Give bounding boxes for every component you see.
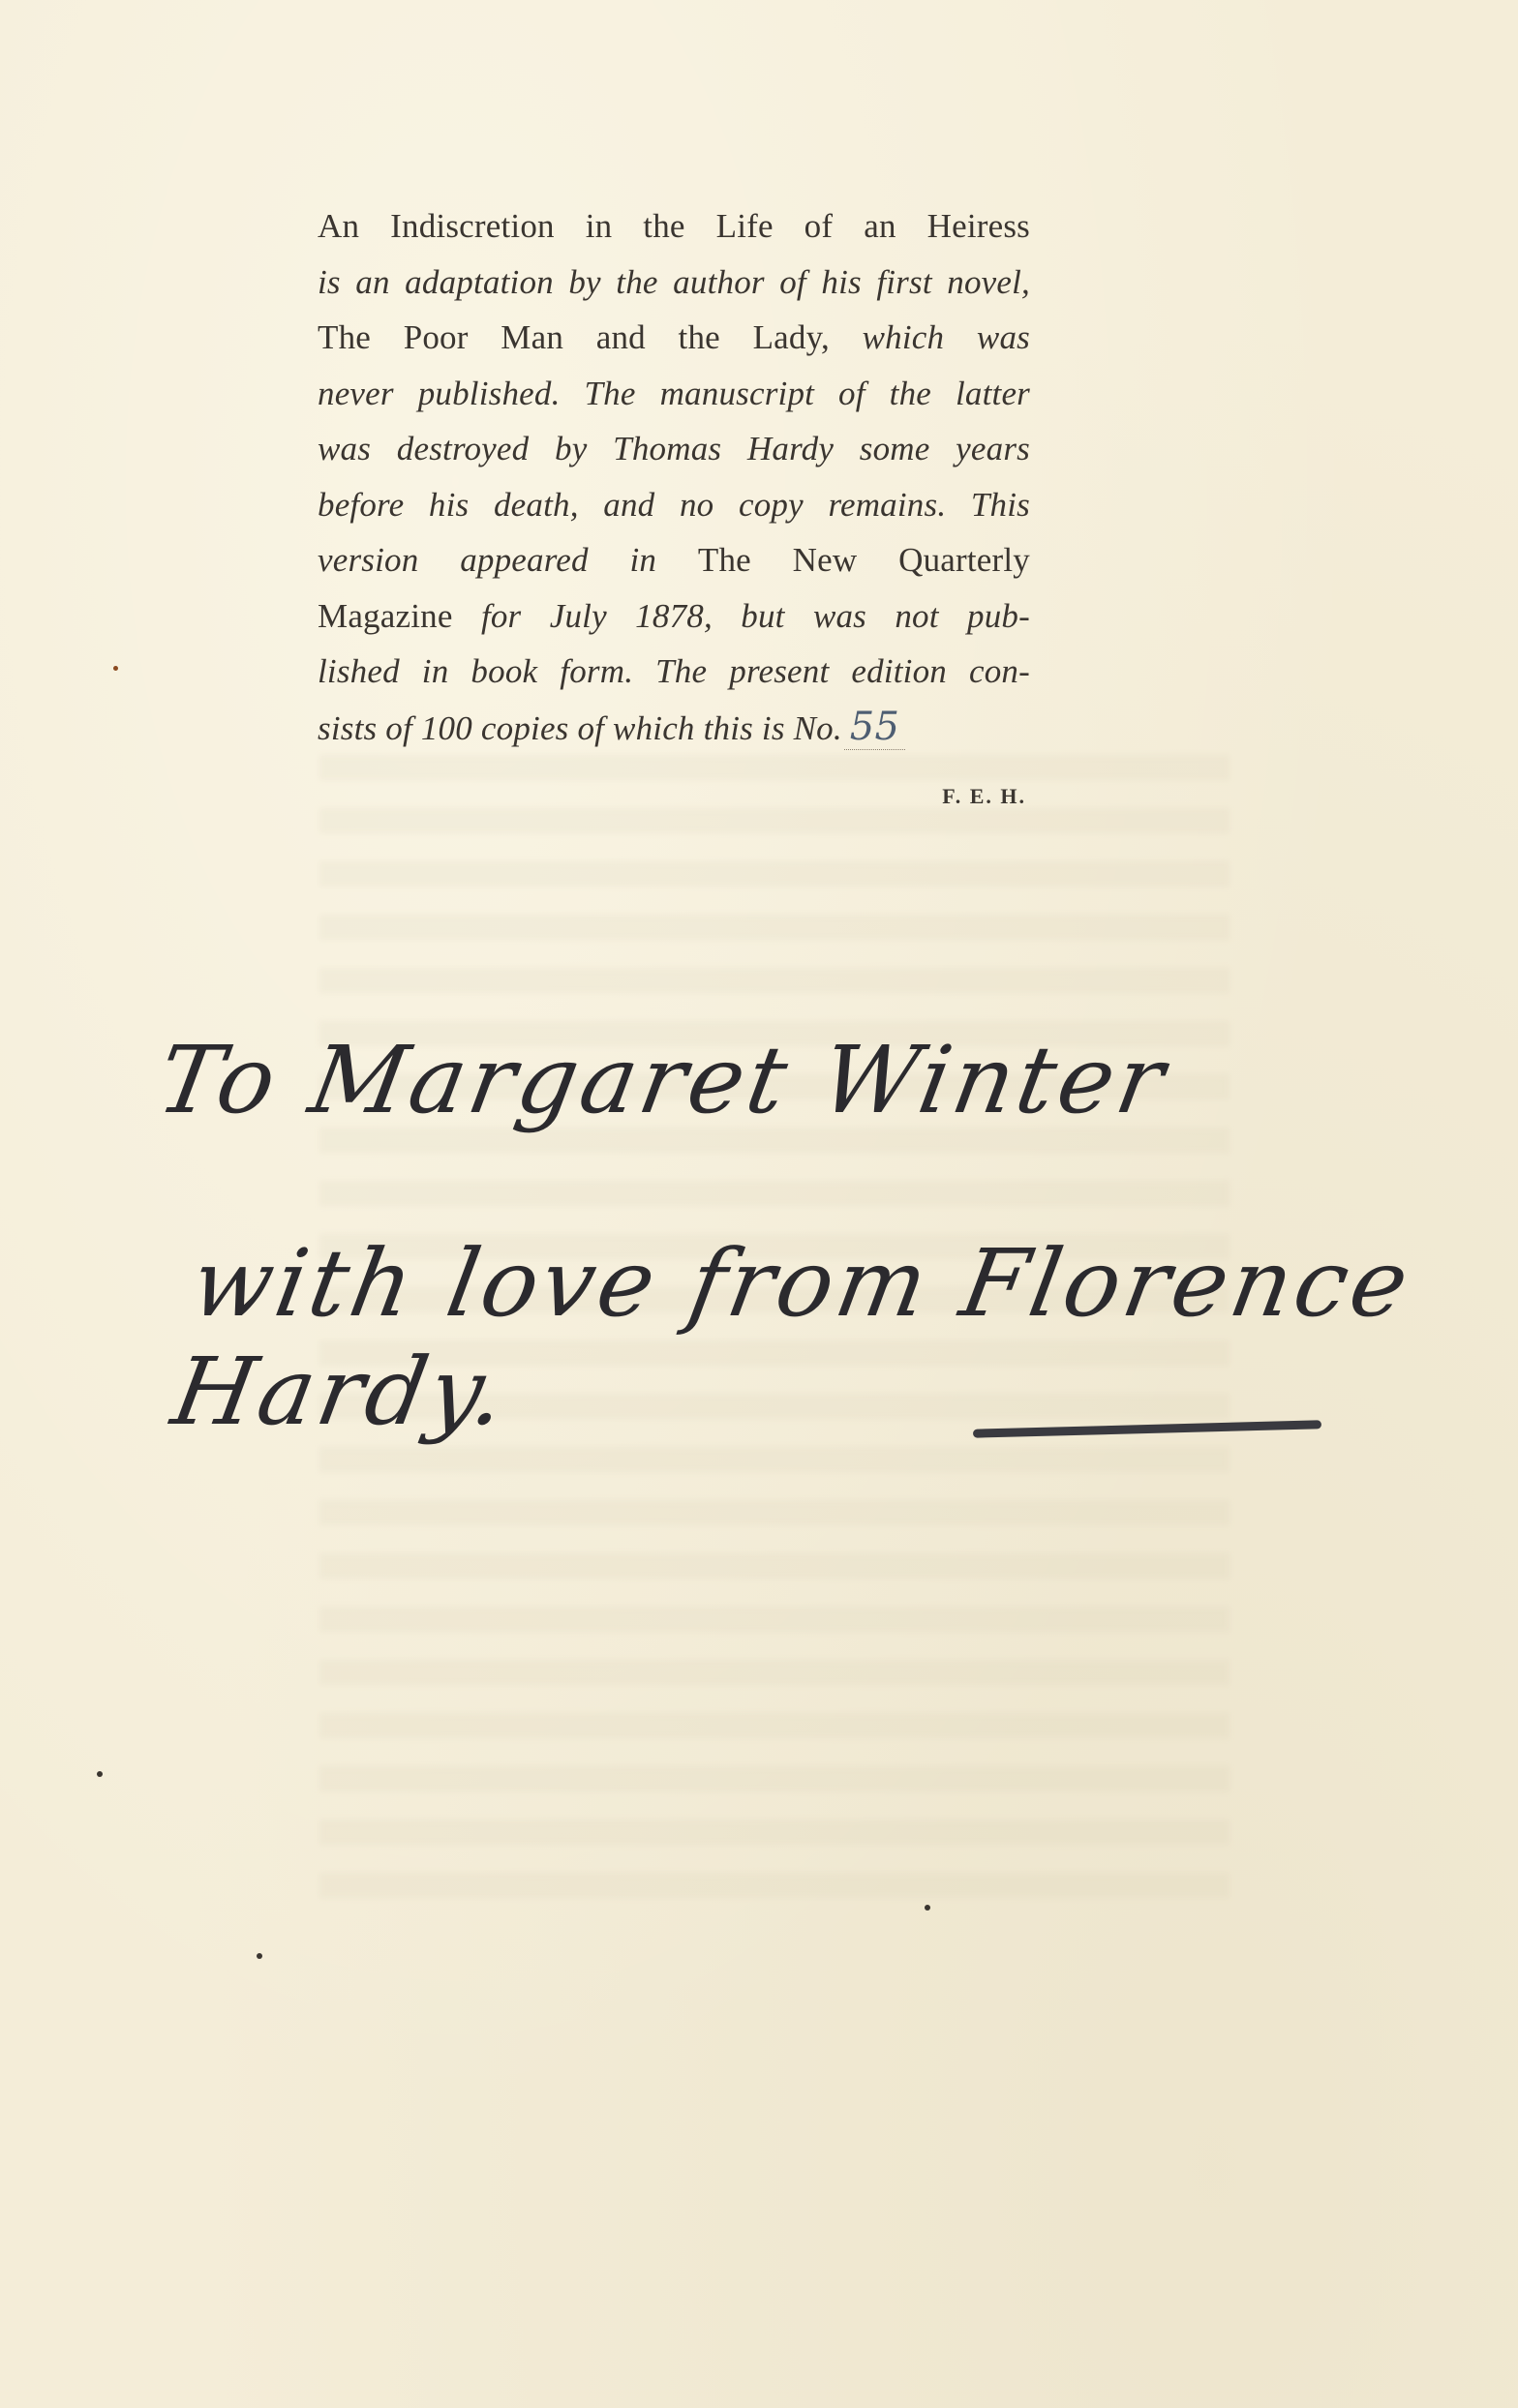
italic-text: lished in book form. The present edition… — [318, 652, 1030, 690]
note-line: never published. The manuscript of the l… — [318, 366, 1030, 422]
italic-text: is an adaptation by the author of his fi… — [318, 263, 1030, 301]
inscription-line-1: To Margaret Winter — [150, 1026, 1175, 1134]
italic-text: before his death, and no copy remains. T… — [318, 486, 1030, 524]
note-line: before his death, and no copy remains. T… — [318, 477, 1030, 533]
inscription-line-2: with love from Florence Hardy. — [165, 1229, 1518, 1446]
note-line: was destroyed by Thomas Hardy some years — [318, 421, 1030, 477]
italic-text: which was — [863, 318, 1030, 356]
italic-text: sists of 100 copies of which this is No. — [318, 709, 842, 747]
note-line: The Poor Man and the Lady, which was — [318, 310, 1030, 366]
foxing-speck — [113, 666, 118, 671]
foxing-speck — [97, 1771, 103, 1777]
note-line: version appeared in The New Quarterly — [318, 532, 1030, 588]
note-line: sists of 100 copies of which this is No.… — [318, 700, 1030, 757]
note-line: Magazine for July 1878, but was not pub- — [318, 588, 1030, 645]
roman-text: Magazine — [318, 597, 481, 635]
italic-text: for July 1878, but was not pub- — [481, 597, 1030, 635]
italic-text: never published. The manuscript of the l… — [318, 375, 1030, 412]
handwritten-copy-number: 55 — [844, 705, 905, 750]
foxing-speck — [925, 1905, 930, 1911]
foxing-speck — [257, 1953, 262, 1959]
roman-text: The Poor Man and the Lady, — [318, 318, 863, 356]
note-line: lished in book form. The present edition… — [318, 644, 1030, 700]
note-line: An Indiscretion in the Life of an Heires… — [318, 198, 1030, 255]
italic-text: version appeared in — [318, 541, 698, 579]
note-line: is an adaptation by the author of his fi… — [318, 255, 1030, 311]
roman-text: An Indiscretion in the Life of an Heires… — [318, 207, 1030, 245]
roman-text: The New Quarterly — [698, 541, 1030, 579]
italic-text: was destroyed by Thomas Hardy some years — [318, 430, 1030, 467]
editor-initials: F. E. H. — [910, 784, 1026, 809]
limited-edition-note: An Indiscretion in the Life of an Heires… — [318, 198, 1030, 756]
